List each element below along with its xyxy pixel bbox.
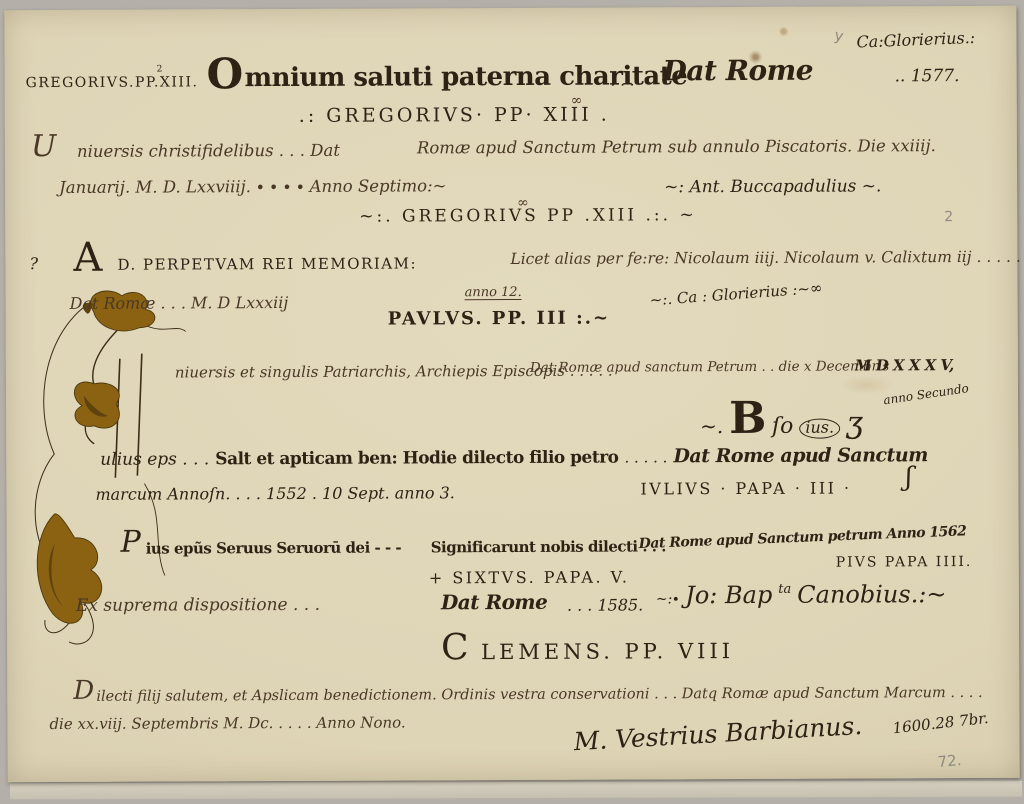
paul3-name: PAVLVS. PP. III :.~ [388,310,610,329]
pius4-line1a: ius epũs Seruus Seruorū dei - - - [146,540,402,556]
paul3-collector: ~:. Ca : Glorierius :~∞ [649,281,823,309]
sixtus5-sig-pre: ~:∙ [656,592,679,606]
julius3-line2: marcum Annoſn. . . . 1552 . 10 Sept. ann… [95,485,454,503]
paul3-sig-flourish: ʒ [846,408,863,438]
gregory-memoriam-q: ? [29,256,38,272]
paul3-anno: anno Secundo [883,382,970,406]
pius4-name: PIVS PAPA IIII. [836,555,973,570]
gregory-brief-line1b: Romæ apud Sanctum Petrum sub annulo Pisc… [417,138,936,157]
paul3-year: M D X X X V, [855,358,954,373]
clement8-name: LEMENS. PP. VIII [481,641,734,663]
paul3-signature: ~. B ſo ius. ʒ [700,396,863,441]
paul3-sig-circled: ius. [799,419,840,439]
pius4-initial: P [121,528,141,558]
gregory-memoriam-caps: D. PERPETVAM REI MEMORIAM: [117,256,417,272]
gregory-brief-line1-initial: U [31,132,56,162]
paul3-date: Dat Romæ apud sanctum Petrum . . die x D… [530,360,889,375]
gregory-memoriam-heading: ~:. GREGORIVS PP .XIII .:. ~ [359,207,697,225]
sixtus5-sig-a: Jo: Bap [685,583,772,607]
julius3-flourish: ʃ [905,464,912,490]
sixtus5-dat: Dat Rome [441,592,547,612]
julius3-line1: ulius eps . . . Salt et apticam ben: Hod… [100,446,928,469]
paul3-sig-mid: ſo [772,416,793,438]
gregory-memoriam-date: Dat Romæ . . . M. D Lxxxiij [70,295,289,312]
gregory-brief-line2: Januarij. M. D. Lxxviiij. ∙ ∙ ∙ ∙ Anno S… [59,178,446,196]
sixtus5-signature: ~:∙ Jo: Bap ta Canobius.:~ [656,582,947,607]
clement8-line1-initial: D [73,678,94,704]
gregory1577-label-sup: 2 [157,66,163,75]
julius3-line1d: Dat Rome apud Sanctum [673,446,927,466]
gregory-memoriam-anno: anno 12. [465,286,522,300]
paul3-sig-pre: ~. [700,416,723,436]
corner-pencil-mark: y [833,28,845,44]
sixtus5-name: + SIXTVS. PAPA. V. [429,569,630,586]
gregory-memoriam-initial: A [73,238,102,278]
gregory-memoriam-text: Licet alias per fe:re: Nicolaum iiij. Ni… [510,250,1020,268]
gregory1577-dots: . . . [611,73,635,88]
sixtus5-text: Ex suprema dispositione . . . [76,597,320,615]
sixtus5-year: . . . 1585. [567,597,643,613]
gregory-brief-heading: .: GREGORIVS· PP· XIII . [299,106,610,126]
gregory1577-initial: O [207,53,243,95]
clement8-signature: M. Vestrius Barbianus. [573,713,863,754]
gregory-brief-line1: niuersis christifidelibus . . . Dat [77,143,340,161]
julius3-line1a: ulius eps . . . [100,451,209,468]
paul3-sig-initial: B [729,397,766,441]
marginalia-pencil-2: 2 [944,210,953,224]
gregory-brief-secretary: ~: Ant. Buccapadulius ~. [664,178,881,196]
pius4-line1c: Dat Rome apud Sanctum petrum Anno 1562 [638,524,966,551]
gregory1577-year: .. 1577. [895,68,960,85]
gregory1577-dat-rome: Dat Rome [663,57,814,86]
sixtus5-sig-sup: ta [778,583,791,596]
julius3-line1c: . . . . . [624,450,667,465]
marginalia-folio: 72. [937,753,962,770]
corner-collector-name: Ca:Glorierius.: [856,30,975,51]
julius3-line1b: Salt et apticam ben: Hodie dilecto filio… [215,450,618,469]
manuscript-page: GREGORIVS.PP.XIII. 2 O mnium saluti pate… [4,6,1019,782]
clement8-name-initial: C [441,630,469,666]
clement8-line1: ilecti filij salutem, et Apslicam benedi… [96,686,982,704]
gregory1577-label: GREGORIVS.PP.XIII. [26,75,199,90]
sheet-below-edge [10,781,1022,800]
clement8-date-note: 1600.28 7br. [892,711,989,736]
pius4-line1b: Significarunt nobis dilecti . . . [431,539,666,555]
clement8-line2: die xx.viij. Septembris M. Dc. . . . . A… [49,715,405,732]
sixtus5-sig-b: Canobius.:~ [797,582,946,607]
julius3-name: IVLIVS · PAPA · III · [640,481,851,498]
